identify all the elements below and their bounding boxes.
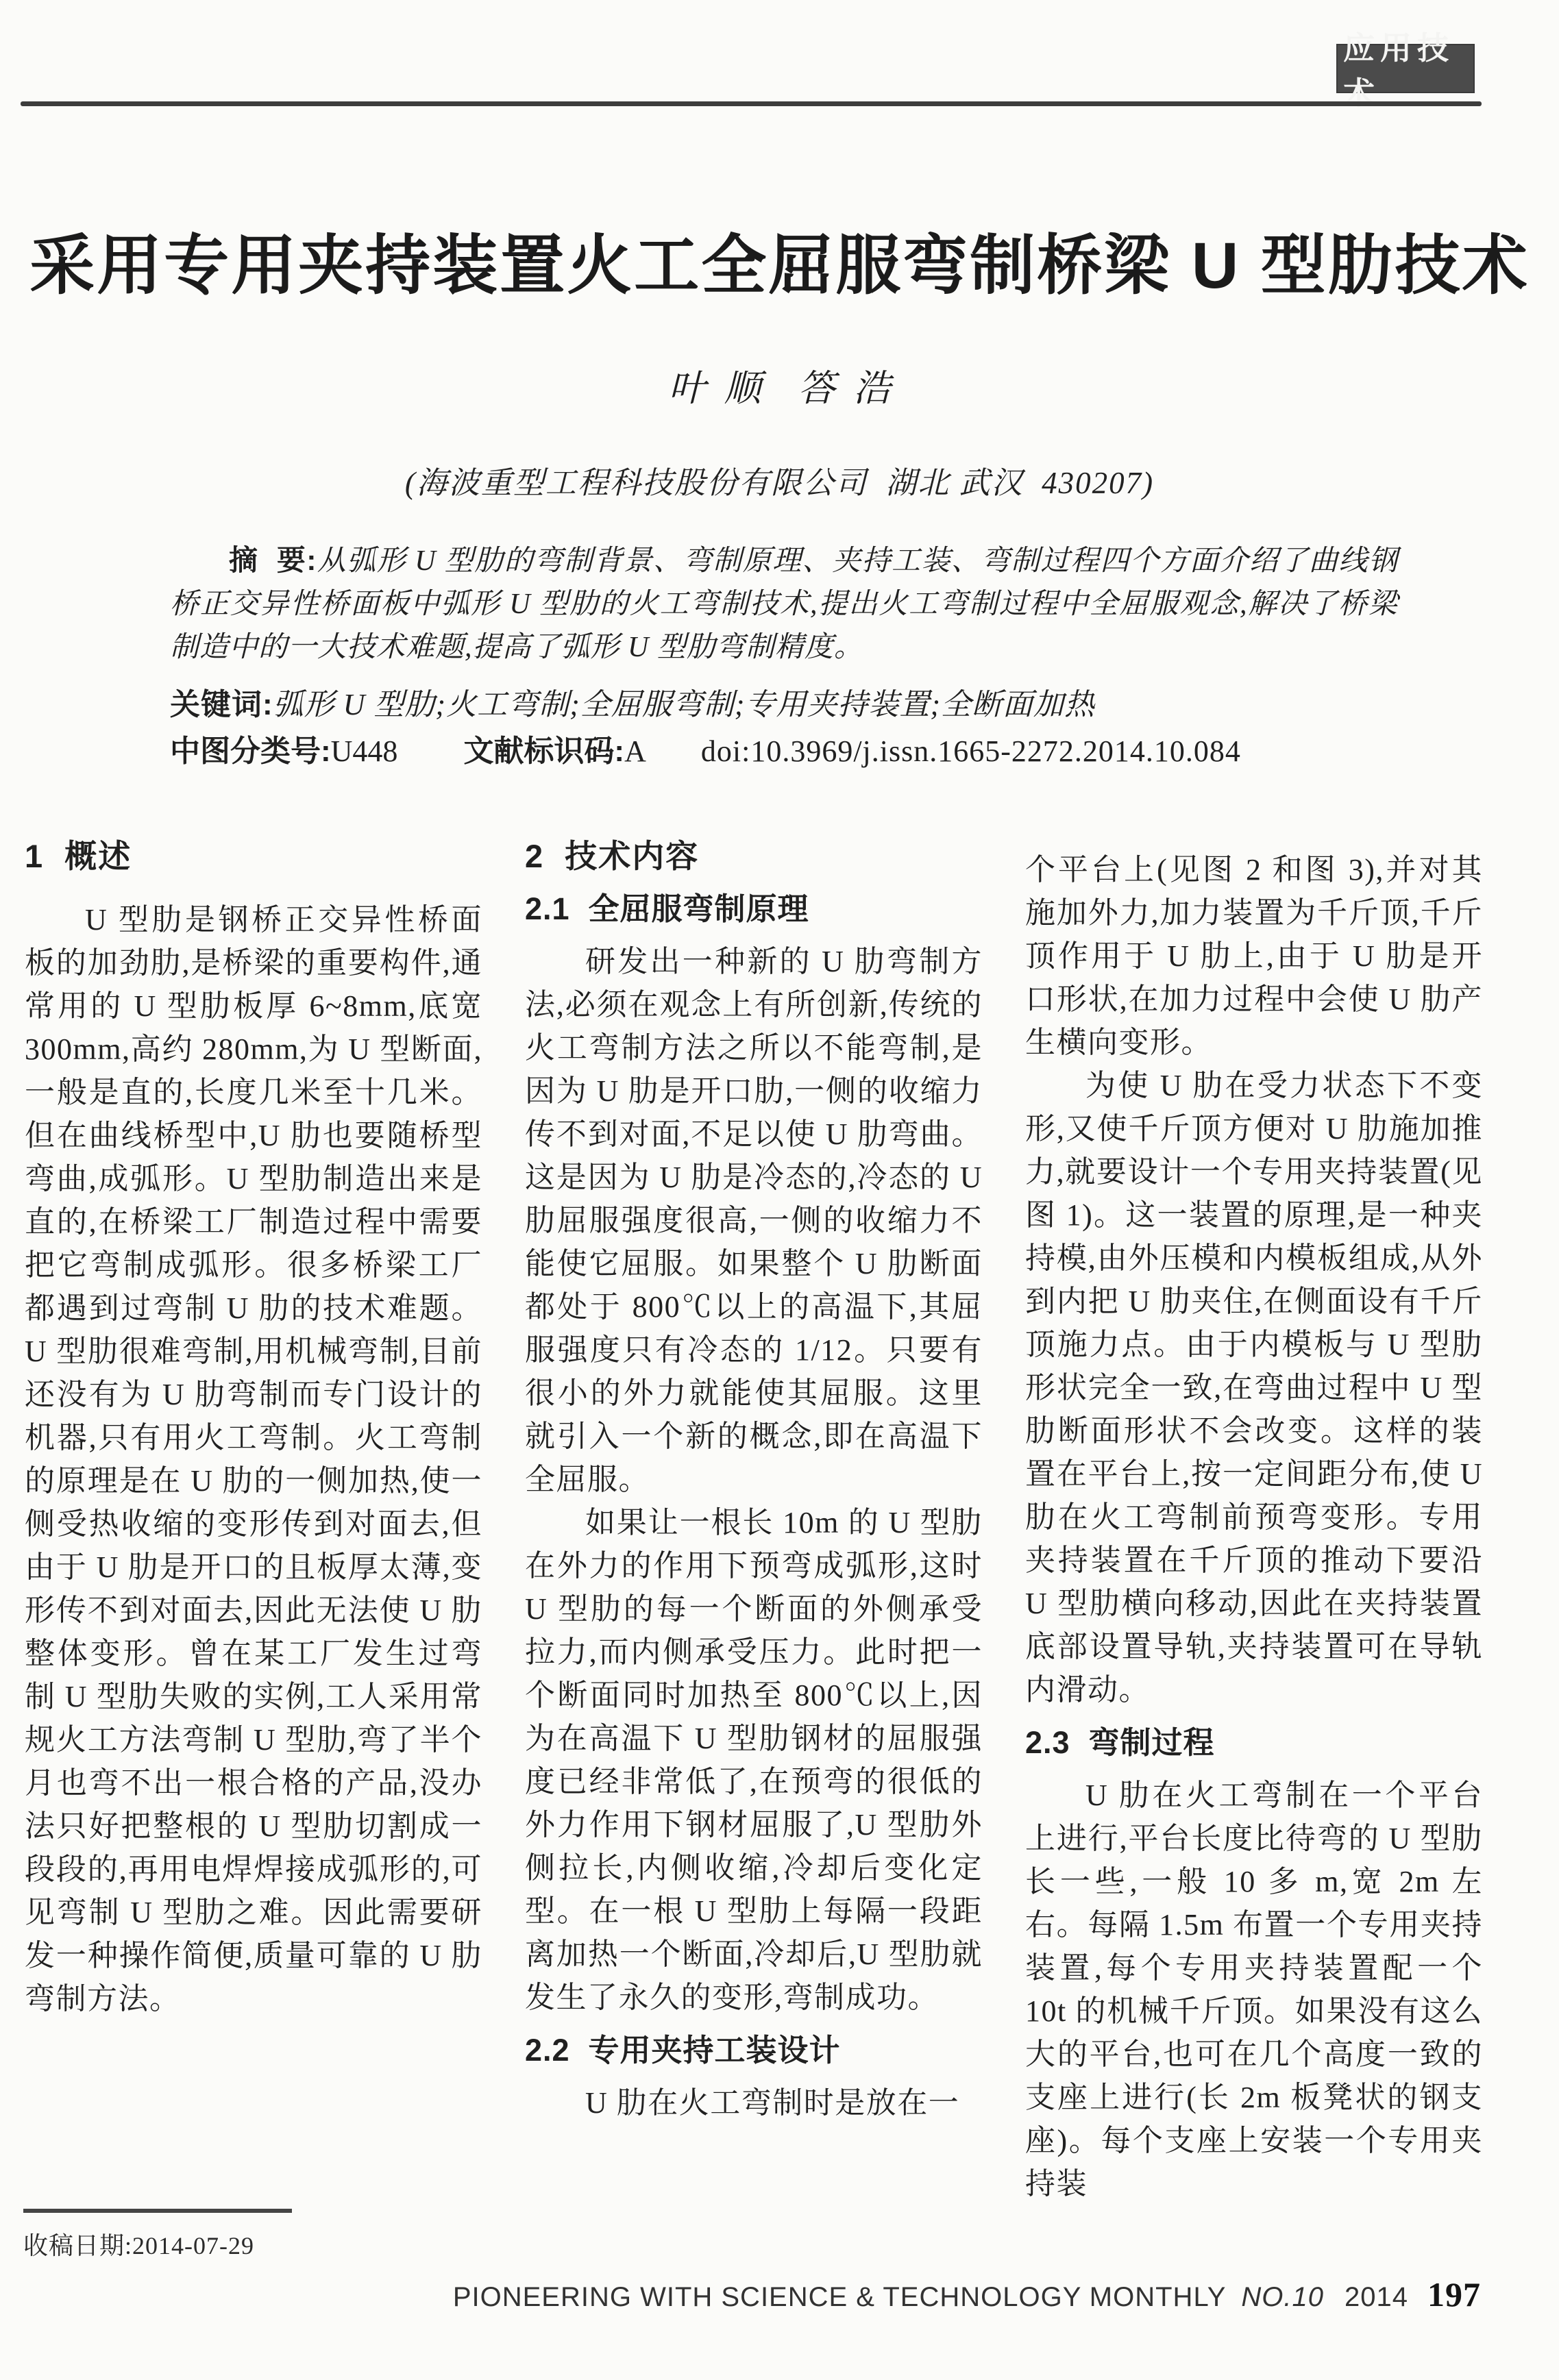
keywords-block: 关键词:弧形 U 型肋;火工弯制;全屈服弯制;专用夹持装置;全断面加热: [170, 680, 1398, 723]
journal-issue: NO.10: [1241, 2282, 1324, 2313]
section-2-2-continuation: 个平台上(见图 2 和图 3),并对其施加外力,加力装置为千斤顶,千斤顶作用于 …: [1025, 848, 1483, 1064]
abstract-block: 摘 要:从弧形 U 型肋的弯制背景、弯制原理、夹持工装、弯制过程四个方面介绍了曲…: [170, 538, 1398, 669]
section-1-paragraph: U 型肋是钢桥正交异性桥面板的加劲肋,是桥梁的重要构件,通常用的 U 型肋板厚 …: [25, 898, 482, 2020]
clc-number: 中图分类号:U448: [170, 726, 397, 770]
column-right: 个平台上(见图 2 和图 3),并对其施加外力,加力装置为千斤顶,千斤顶作用于 …: [1025, 825, 1483, 2205]
keywords-text: 弧形 U 型肋;火工弯制;全屈服弯制;专用夹持装置;全断面加热: [273, 688, 1095, 721]
article-title: 采用专用夹持装置火工全屈服弯制桥梁 U 型肋技术: [0, 214, 1559, 307]
received-date: 收稿日期:2014-07-29: [23, 2227, 254, 2261]
document-code-label: 文献标识码:: [463, 734, 624, 768]
journal-footer: PIONEERING WITH SCIENCE & TECHNOLOGY MON…: [453, 2274, 1481, 2314]
section-1-heading: 1 概述: [25, 834, 482, 878]
clc-label: 中图分类号:: [170, 734, 331, 768]
document-code-value: A: [624, 734, 646, 768]
section-2-1-heading: 2.1 全屈服弯制原理: [525, 887, 983, 930]
header-rule: [21, 101, 1482, 106]
footnote-rule: [23, 2209, 292, 2213]
abstract-text: 从弧形 U 型肋的弯制背景、弯制原理、夹持工装、弯制过程四个方面介绍了曲线钢桥正…: [170, 545, 1398, 663]
document-code: 文献标识码:A: [463, 726, 646, 770]
journal-page: 应用技术 采用专用夹持装置火工全屈服弯制桥梁 U 型肋技术 叶 顺 答 浩 (海…: [0, 0, 1559, 2380]
clc-value: U448: [331, 734, 398, 768]
category-badge: 应用技术: [1336, 44, 1475, 93]
section-2-1-paragraph-1: 研发出一种新的 U 肋弯制方法,必须在观念上有所创新,传统的火工弯制方法之所以不…: [525, 940, 983, 1501]
section-2-1-paragraph-2: 如果让一根长 10m 的 U 型肋在外力的作用下预弯成弧形,这时 U 型肋的每一…: [525, 1501, 983, 2019]
column-middle: 2 技术内容 2.1 全屈服弯制原理 研发出一种新的 U 肋弯制方法,必须在观念…: [525, 825, 983, 2205]
page-number: 197: [1427, 2274, 1481, 2314]
keywords-label: 关键词:: [170, 688, 273, 721]
body-columns: 1 概述 U 型肋是钢桥正交异性桥面板的加劲肋,是桥梁的重要构件,通常用的 U …: [25, 825, 1483, 2205]
journal-name: PIONEERING WITH SCIENCE & TECHNOLOGY MON…: [453, 2282, 1227, 2313]
section-2-2-paragraph-2: 为使 U 肋在受力状态下不变形,又使千斤顶方便对 U 肋施加推力,就要设计一个专…: [1025, 1064, 1483, 1711]
section-2-2-paragraph: U 肋在火工弯制时是放在一: [525, 2081, 983, 2124]
doi: doi:10.3969/j.issn.1665-2272.2014.10.084: [701, 734, 1241, 769]
section-2-3-paragraph: U 肋在火工弯制在一个平台上进行,平台长度比待弯的 U 型肋长一些,一般 10 …: [1025, 1774, 1483, 2205]
section-2-heading: 2 技术内容: [525, 834, 983, 878]
column-left: 1 概述 U 型肋是钢桥正交异性桥面板的加劲肋,是桥梁的重要构件,通常用的 U …: [25, 825, 482, 2205]
journal-year: 2014: [1345, 2282, 1408, 2313]
classification-row: 中图分类号:U448 文献标识码:A doi:10.3969/j.issn.16…: [170, 726, 1398, 770]
section-2-3-heading: 2.3 弯制过程: [1025, 1721, 1483, 1764]
abstract-label: 摘 要:: [229, 544, 317, 576]
section-2-2-heading: 2.2 专用夹持工装设计: [525, 2029, 983, 2072]
affiliation: (海波重型工程科技股份有限公司 湖北 武汉 430207): [0, 458, 1559, 502]
authors: 叶 顺 答 浩: [0, 359, 1559, 412]
